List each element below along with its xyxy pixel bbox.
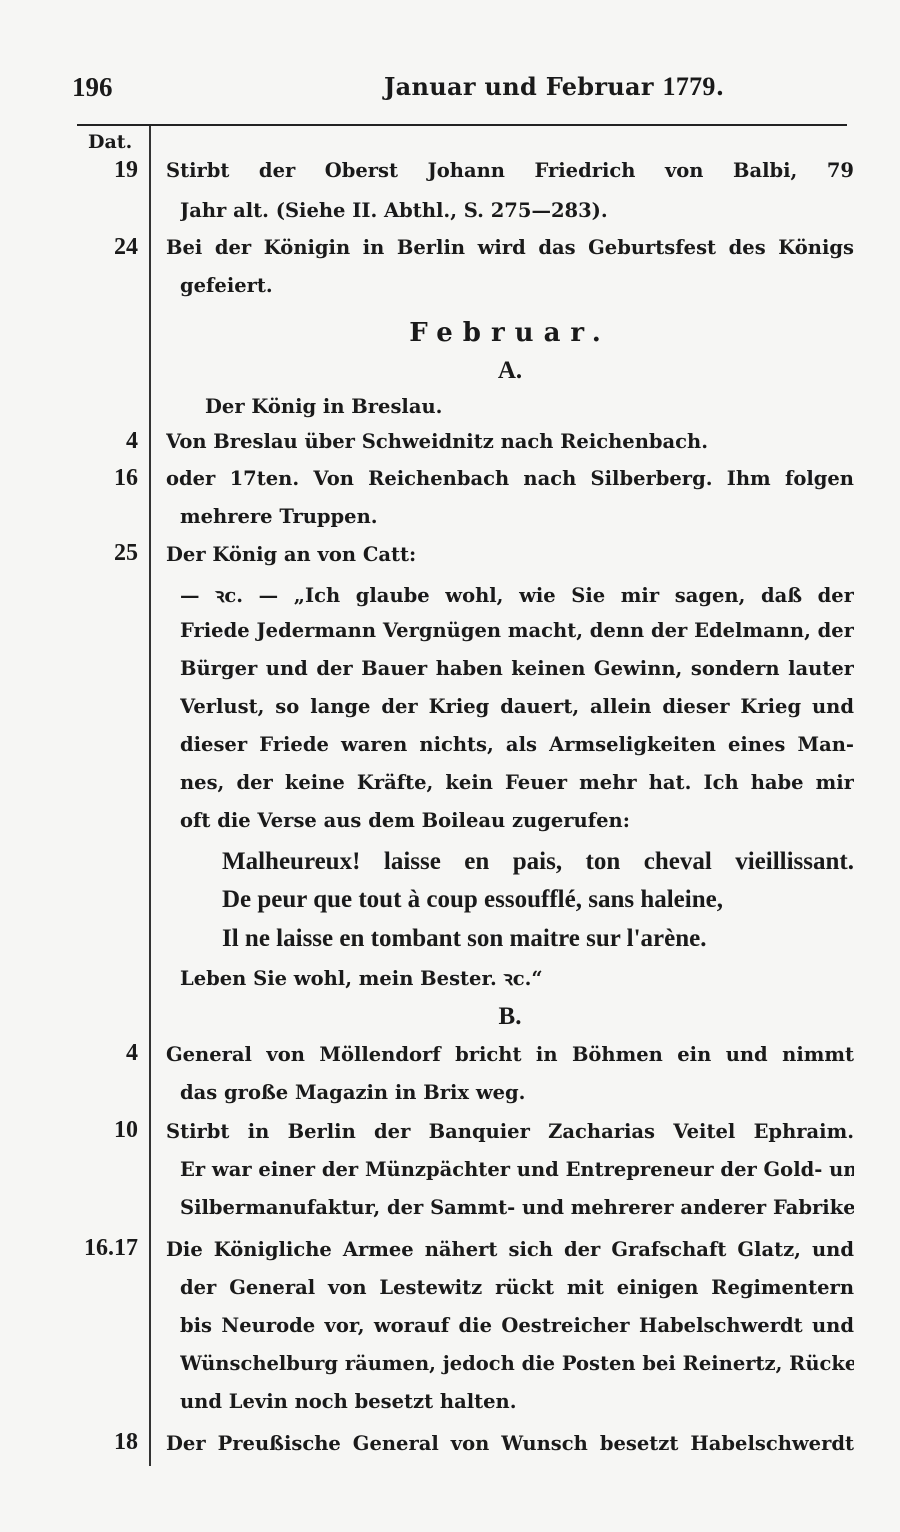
entry-line: General von Möllendorf bricht in Böhmen … <box>166 1043 854 1066</box>
letter-closing: Leben Sie wohl, mein Bester. ꝛc.“ <box>180 964 854 991</box>
entry-line: Stirbt der Oberst Johann Friedrich von B… <box>166 159 854 182</box>
title-period: . <box>716 72 725 101</box>
book-page: 196 Januar und Februar 1779. Dat. 19 Sti… <box>0 0 900 1532</box>
entry-line: nes, der keine Kräfte, kein Feuer mehr h… <box>180 771 854 794</box>
entry-line: Bürger und der Bauer haben keinen Gewinn… <box>180 657 854 680</box>
entry-line: und Levin noch besetzt halten. <box>180 1390 854 1413</box>
entry-line: der General von Lestewitz rückt mit eini… <box>180 1276 854 1299</box>
page-header: 196 Januar und Februar 1779. <box>72 72 852 112</box>
running-title-year: 1779 <box>663 72 716 101</box>
entry-line: dieser Friede waren nichts, als Armselig… <box>180 733 854 756</box>
section-letter-a: A. <box>166 357 854 385</box>
entry-date: 24 <box>114 234 138 261</box>
entry-line: Die Königliche Armee nähert sich der Gra… <box>166 1238 854 1261</box>
entry-line: Stirbt in Berlin der Banquier Zacharias … <box>166 1120 854 1143</box>
month-heading: Februar. <box>166 318 854 348</box>
verse-line: De peur que tout à coup essoufflé, sans … <box>222 886 854 914</box>
section-letter-b: B. <box>166 1003 854 1031</box>
entry-line: Bei der Königin in Berlin wird das Gebur… <box>166 236 854 259</box>
entry-date: 25 <box>114 540 138 567</box>
entry-line: das große Magazin in Brix weg. <box>180 1081 854 1104</box>
entry-line: Silbermanufaktur, der Sammt- und mehrere… <box>180 1196 854 1219</box>
page-number: 196 <box>72 72 113 103</box>
running-title-text: Januar und Februar <box>384 72 654 101</box>
date-column-rule <box>149 126 151 1466</box>
entry-line: Wünschelburg räumen, jedoch die Posten b… <box>180 1352 854 1375</box>
entry-line: Friede Jedermann Vergnügen macht, denn d… <box>180 619 854 642</box>
entry-line: Verlust, so lange der Krieg dauert, alle… <box>180 695 854 718</box>
running-title: Januar und Februar 1779. <box>384 72 724 102</box>
entry-date: 19 <box>114 157 138 184</box>
entry-line: Jahr alt. (Siehe II. Abthl., S. 275—283)… <box>180 199 854 222</box>
entry-date: 18 <box>114 1429 138 1456</box>
verse-line: Malheureux! laisse en pais, ton cheval v… <box>222 848 854 876</box>
entry-date: 4 <box>126 1040 138 1067</box>
header-rule <box>77 124 847 126</box>
entry-date: 16.17 <box>84 1235 138 1262</box>
entry-line: oft die Verse aus dem Boileau zugerufen: <box>180 809 854 832</box>
section-subheading: Der König in Breslau. <box>205 395 854 418</box>
entry-line: Der Preußische General von Wunsch besetz… <box>166 1432 854 1455</box>
entry-line: gefeiert. <box>180 274 854 297</box>
entry-line: — ꝛc. — „Ich glaube wohl, wie Sie mir sa… <box>180 581 854 608</box>
entry-date: 4 <box>126 428 138 455</box>
verse-line: Il ne laisse en tombant son maitre sur l… <box>222 925 854 953</box>
entry-line: Von Breslau über Schweidnitz nach Reiche… <box>166 430 854 453</box>
entry-line: oder 17ten. Von Reichenbach nach Silberb… <box>166 467 854 490</box>
entry-line: Der König an von Catt: <box>166 543 854 566</box>
entry-date: 10 <box>114 1117 138 1144</box>
date-column-label: Dat. <box>88 131 132 153</box>
entry-line: mehrere Truppen. <box>180 505 854 528</box>
entry-date: 16 <box>114 465 138 492</box>
entry-line: Er war einer der Münzpächter und Entrepr… <box>180 1158 854 1181</box>
entry-line: bis Neurode vor, worauf die Oestreicher … <box>180 1314 854 1337</box>
